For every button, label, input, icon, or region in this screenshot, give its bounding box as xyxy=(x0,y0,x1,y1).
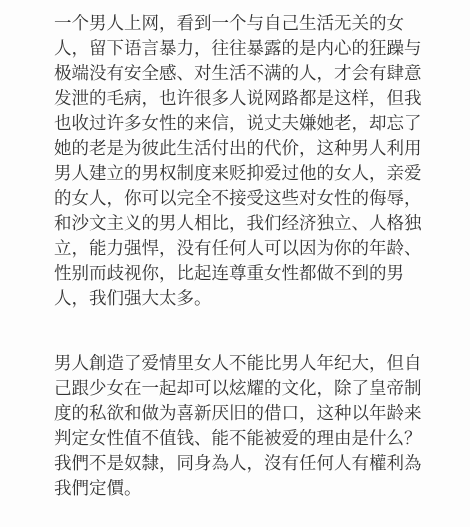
text-image-page: 一个男人上网，看到一个与自己生活无关的女人，留下语言暴力，往往暴露的是内心的狂躁… xyxy=(0,0,470,527)
paragraph-1: 一个男人上网，看到一个与自己生活无关的女人，留下语言暴力，往往暴露的是内心的狂躁… xyxy=(54,12,422,312)
paragraph-2: 男人創造了爱情里女人不能比男人年纪大，但自己跟少女在一起却可以炫耀的文化，除了皇… xyxy=(54,352,422,502)
text-body: 一个男人上网，看到一个与自己生活无关的女人，留下语言暴力，往往暴露的是内心的狂躁… xyxy=(54,12,422,502)
